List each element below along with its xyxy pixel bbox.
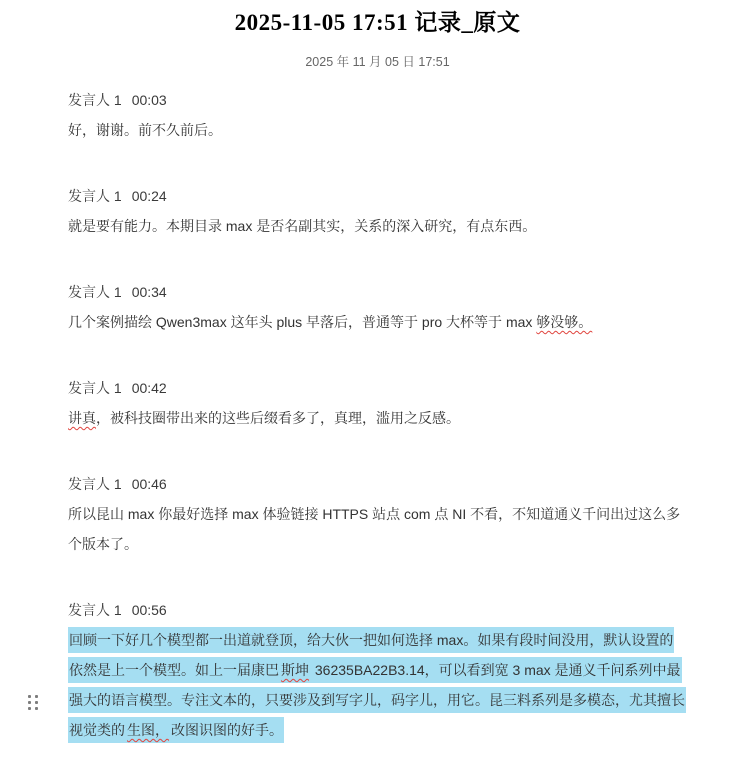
transcript-block: 发言人 100:46所以昆山 max 你最好选择 max 体验链接 HTTPS … <box>68 474 687 559</box>
drag-handle-dot <box>35 701 38 704</box>
speaker-name: 发言人 1 <box>68 284 122 300</box>
text-segment: 就是要有能力。本期目录 max 是否名副其实，关系的深入研究，有点东西。 <box>68 218 536 234</box>
drag-handle-dot <box>28 695 31 698</box>
speaker-meta[interactable]: 发言人 100:24 <box>68 186 687 206</box>
text-segment: ，被科技圈带出来的这些后缀看多了，真理，滥用之反感。 <box>96 410 460 426</box>
timestamp: 00:03 <box>132 92 167 108</box>
speaker-meta[interactable]: 发言人 100:46 <box>68 474 687 494</box>
page-title: 2025-11-05 17:51 记录_原文 <box>68 8 687 38</box>
drag-handle-dot <box>35 695 38 698</box>
text-segment: 几个案例描绘 Qwen3max 这年头 plus 早落后，普通等于 pro 大杯… <box>68 314 536 330</box>
misspelled-text: 生图， <box>126 717 170 743</box>
drag-handle-dot <box>28 707 31 710</box>
transcript-block: 发言人 100:03好，谢谢。前不久前后。 <box>68 90 687 145</box>
drag-handle-icon[interactable] <box>28 695 38 710</box>
timestamp: 00:56 <box>132 602 167 618</box>
misspelled-text: 讲真 <box>68 410 96 426</box>
speaker-meta[interactable]: 发言人 100:34 <box>68 282 687 302</box>
speaker-meta[interactable]: 发言人 100:42 <box>68 378 687 398</box>
document-date: 2025 年 11 月 05 日 17:51 <box>68 55 687 70</box>
speaker-name: 发言人 1 <box>68 476 122 492</box>
speaker-name: 发言人 1 <box>68 92 122 108</box>
text-segment: 所以昆山 max 你最好选择 max 体验链接 HTTPS 站点 com 点 N… <box>68 506 680 552</box>
speaker-name: 发言人 1 <box>68 602 122 618</box>
transcript-block: 发言人 100:34几个案例描绘 Qwen3max 这年头 plus 早落后，普… <box>68 282 687 337</box>
speaker-text[interactable]: 好，谢谢。前不久前后。 <box>68 115 687 145</box>
drag-handle-dot <box>28 701 31 704</box>
timestamp: 00:46 <box>132 476 167 492</box>
speaker-text[interactable]: 几个案例描绘 Qwen3max 这年头 plus 早落后，普通等于 pro 大杯… <box>68 307 687 337</box>
speaker-text[interactable]: 回顾一下好几个模型都一出道就登顶，给大伙一把如何选择 max。如果有段时间没用，… <box>68 625 687 745</box>
timestamp: 00:34 <box>132 284 167 300</box>
transcript-document: 2025-11-05 17:51 记录_原文 2025 年 11 月 05 日 … <box>0 0 751 745</box>
highlighted-text: 改图识图的好手。 <box>170 717 284 743</box>
speaker-text[interactable]: 讲真，被科技圈带出来的这些后缀看多了，真理，滥用之反感。 <box>68 403 687 433</box>
timestamp: 00:42 <box>132 380 167 396</box>
speaker-name: 发言人 1 <box>68 188 122 204</box>
misspelled-text: 斯坤 <box>280 657 310 683</box>
speaker-name: 发言人 1 <box>68 380 122 396</box>
misspelled-text: 够没够。 <box>536 314 592 330</box>
transcript-block: 发言人 100:42讲真，被科技圈带出来的这些后缀看多了，真理，滥用之反感。 <box>68 378 687 433</box>
transcript-block: 发言人 100:24就是要有能力。本期目录 max 是否名副其实，关系的深入研究… <box>68 186 687 241</box>
timestamp: 00:24 <box>132 188 167 204</box>
transcript-blocks: 发言人 100:03好，谢谢。前不久前后。发言人 100:24就是要有能力。本期… <box>68 90 687 745</box>
text-segment: 好，谢谢。前不久前后。 <box>68 122 222 138</box>
drag-handle-dot <box>35 707 38 710</box>
speaker-meta[interactable]: 发言人 100:56 <box>68 600 687 620</box>
speaker-text[interactable]: 所以昆山 max 你最好选择 max 体验链接 HTTPS 站点 com 点 N… <box>68 499 687 559</box>
transcript-block: 发言人 100:56回顾一下好几个模型都一出道就登顶，给大伙一把如何选择 max… <box>68 600 687 745</box>
speaker-meta[interactable]: 发言人 100:03 <box>68 90 687 110</box>
speaker-text[interactable]: 就是要有能力。本期目录 max 是否名副其实，关系的深入研究，有点东西。 <box>68 211 687 241</box>
